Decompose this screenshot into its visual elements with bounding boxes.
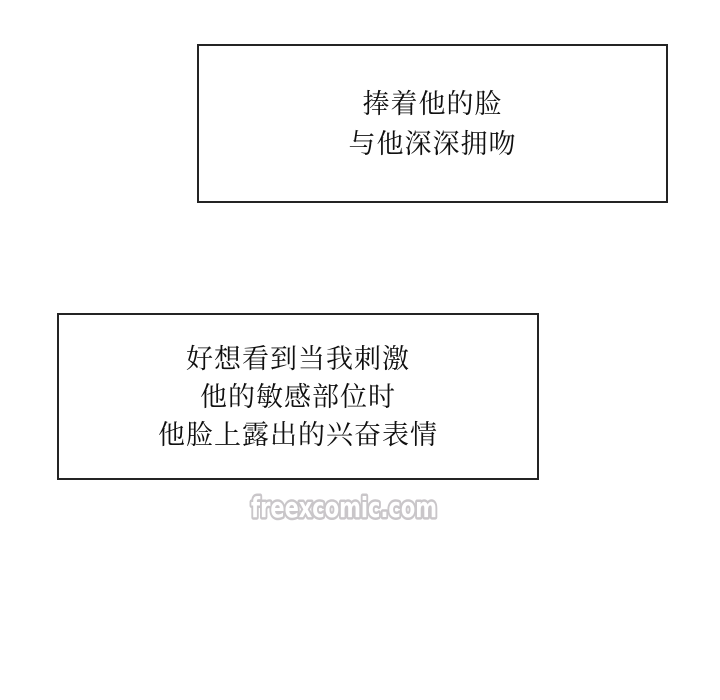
narration-text-line: 捧着他的脸 [363,84,503,124]
watermark-text: freexcomic.com [251,491,437,524]
narration-text-line: 与他深深拥吻 [349,124,517,164]
narration-text-line: 他脸上露出的兴奋表情 [158,416,438,454]
narration-box-top: 捧着他的脸 与他深深拥吻 [197,44,668,203]
narration-box-bottom: 好想看到当我刺激 他的敏感部位时 他脸上露出的兴奋表情 [57,313,539,480]
comic-page: 捧着他的脸 与他深深拥吻 好想看到当我刺激 他的敏感部位时 他脸上露出的兴奋表情… [0,0,720,700]
narration-text-line: 好想看到当我刺激 [186,340,410,378]
narration-text-line: 他的敏感部位时 [200,378,396,416]
watermark: freexcomic.com [214,486,474,530]
